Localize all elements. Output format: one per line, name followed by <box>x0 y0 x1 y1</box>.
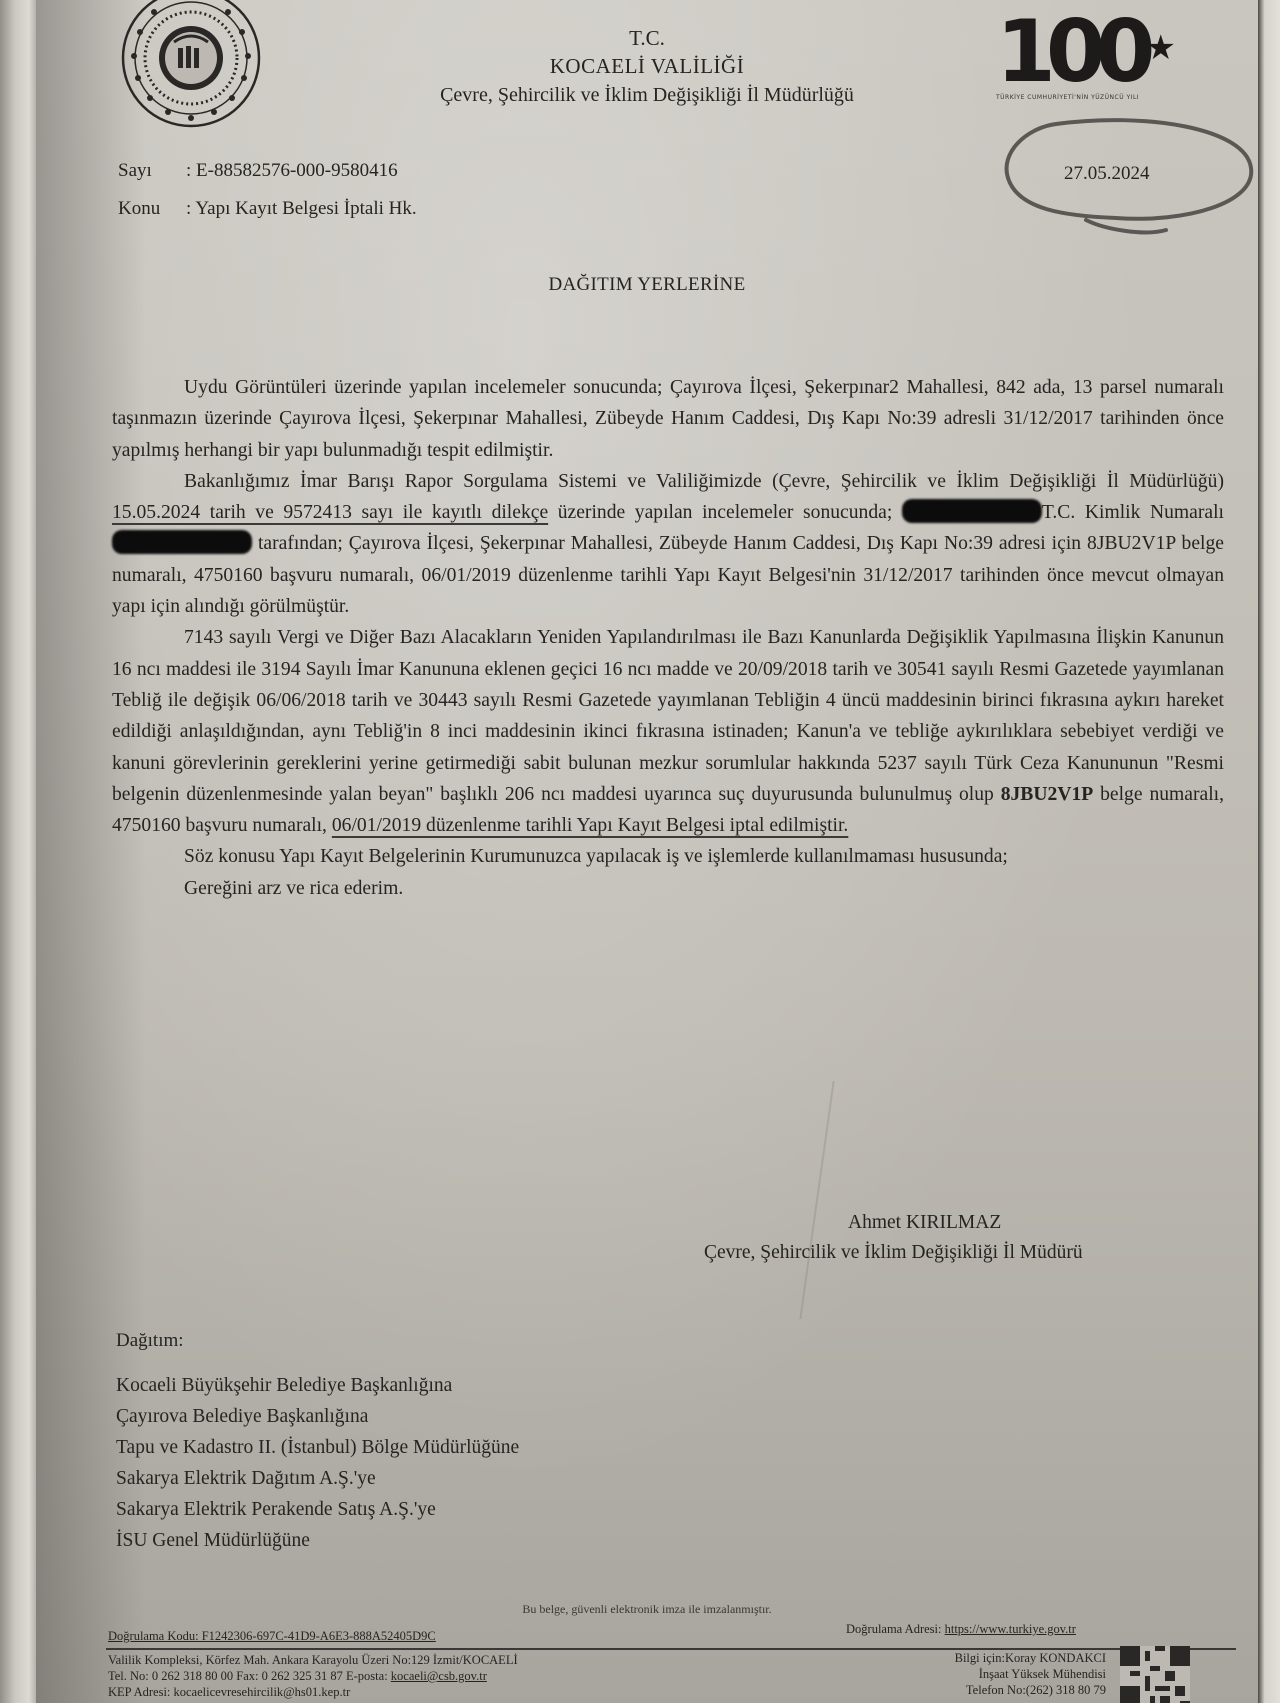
republic-label: T.C. <box>36 26 1258 51</box>
konu-value: : Yapı Kayıt Belgesi İptali Hk. <box>186 198 417 219</box>
certificate-number: 8JBU2V1P <box>1001 784 1094 805</box>
qr-code-icon <box>1120 1646 1190 1703</box>
distribution-item: Kocaeli Büyükşehir Belediye Başkanlığına <box>116 1370 519 1401</box>
paragraph-4: Söz konusu Yapı Kayıt Belgelerinin Kurum… <box>112 841 1224 872</box>
pen-underline-cancellation: 06/01/2019 düzenlenme tarihli Yapı Kayıt… <box>332 815 848 836</box>
signatory-title: Çevre, Şehircilik ve İklim Değişikliği İ… <box>704 1242 1083 1264</box>
directorate-title: Çevre, Şehircilik ve İklim Değişikliği İ… <box>36 84 1258 107</box>
paragraph-2: Bakanlığımız İmar Barışı Rapor Sorgulama… <box>112 466 1224 622</box>
sayi-value: : E-88582576-000-9580416 <box>186 160 398 181</box>
photo-background-right <box>1258 0 1280 1703</box>
distribution-item: Sakarya Elektrik Perakende Satış A.Ş.'ye <box>116 1494 519 1525</box>
distribution-label: Dağıtım: <box>116 1330 184 1352</box>
esignature-note: Bu belge, güvenli elektronik imza ile im… <box>36 1602 1258 1617</box>
photo-background-left <box>0 0 36 1703</box>
redaction-name <box>902 499 1042 523</box>
sayi-label: Sayı <box>118 160 186 182</box>
paragraph-1: Uydu Görüntüleri üzerinde yapılan incele… <box>112 372 1224 466</box>
letter-body: Uydu Görüntüleri üzerinde yapılan incele… <box>112 372 1224 904</box>
verification-link[interactable]: https://www.turkiye.gov.tr <box>945 1622 1076 1636</box>
verification-address: Doğrulama Adresi: https://www.turkiye.go… <box>846 1622 1076 1637</box>
paragraph-5: Gereğini arz ve rica ederim. <box>112 873 1224 904</box>
signatory-name: Ahmet KIRILMAZ <box>848 1212 1001 1234</box>
info-contact: Bilgi için:Koray KONDAKCI İnşaat Yüksek … <box>826 1650 1106 1698</box>
letter-page: 100★ TÜRKİYE CUMHURİYETİ'NİN YÜZÜNCÜ YIL… <box>36 0 1258 1703</box>
governorship-title: KOCAELİ VALİLİĞİ <box>36 54 1258 79</box>
redaction-id-number <box>112 530 252 554</box>
email-link[interactable]: kocaeli@csb.gov.tr <box>391 1669 487 1683</box>
konu-label: Konu <box>118 198 186 220</box>
letter-date: 27.05.2024 <box>1064 163 1150 185</box>
verification-code: Doğrulama Kodu: F1242306-697C-41D9-A6E3-… <box>108 1629 436 1644</box>
distribution-item: Tapu ve Kadastro II. (İstanbul) Bölge Mü… <box>116 1432 519 1463</box>
reference-number: Sayı: E-88582576-000-9580416 <box>118 160 398 182</box>
addressee-heading: DAĞITIM YERLERİNE <box>36 274 1258 296</box>
distribution-item: Çayırova Belediye Başkanlığına <box>116 1401 519 1432</box>
paper-crease <box>799 1081 834 1319</box>
distribution-item: Sakarya Elektrik Dağıtım A.Ş.'ye <box>116 1463 519 1494</box>
institution-address: Valilik Kompleksi, Körfez Mah. Ankara Ka… <box>108 1652 518 1700</box>
distribution-list: Kocaeli Büyükşehir Belediye Başkanlığına… <box>116 1370 519 1556</box>
distribution-item: İSU Genel Müdürlüğüne <box>116 1525 519 1556</box>
paragraph-3: 7143 sayılı Vergi ve Diğer Bazı Alacakla… <box>112 622 1224 841</box>
pen-underline-petition: 15.05.2024 tarih ve 9572413 sayı ile kay… <box>112 502 548 523</box>
subject: Konu: Yapı Kayıt Belgesi İptali Hk. <box>118 198 417 220</box>
